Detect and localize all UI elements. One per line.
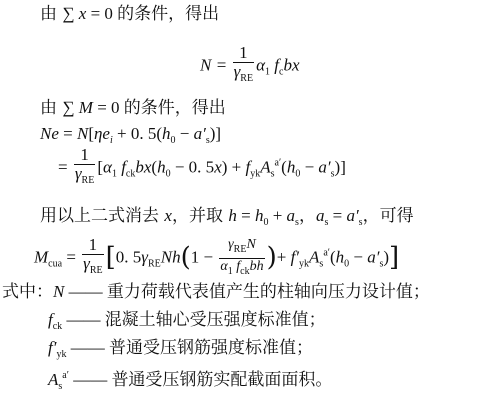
legend-item-fck: fck —— 混凝土轴心受压强度标准值； [48,310,326,337]
legend-item-N: 式中：N —— 重力荷载代表值产生的柱轴向压力设计值； [2,282,430,302]
fraction-1-over-gamma: 1 γRE [233,44,254,88]
equation-Mcua: Mcua = 1γRE[0. 5γRENh(1 − γRENα1 fckbh)+… [34,236,399,280]
eliminate-x-text: 用以上二式消去 x，并取 h = h0 + as，as = a′s，可得 [40,206,414,233]
text-you: 由 [40,4,62,24]
condition-sum-x: 由 ∑ x = 0 的条件，得出 [40,4,219,24]
condition-text: 的条件，得出 [117,4,219,24]
legend-item-As: Asa′ —— 普通受压钢筋实配截面面积。 [48,366,332,395]
condition-sum-M: 由 ∑ M = 0 的条件，得出 [40,98,226,118]
legend-item-fyk: f′yk —— 普通受压钢筋强度标准值； [48,338,313,365]
equation-N: N = 1 γRE α1 fcbx [200,44,300,88]
equation-Ne-line2: = 1 γRE [α1 fckbx(h0 − 0. 5x) + fykAsa′(… [58,146,346,190]
